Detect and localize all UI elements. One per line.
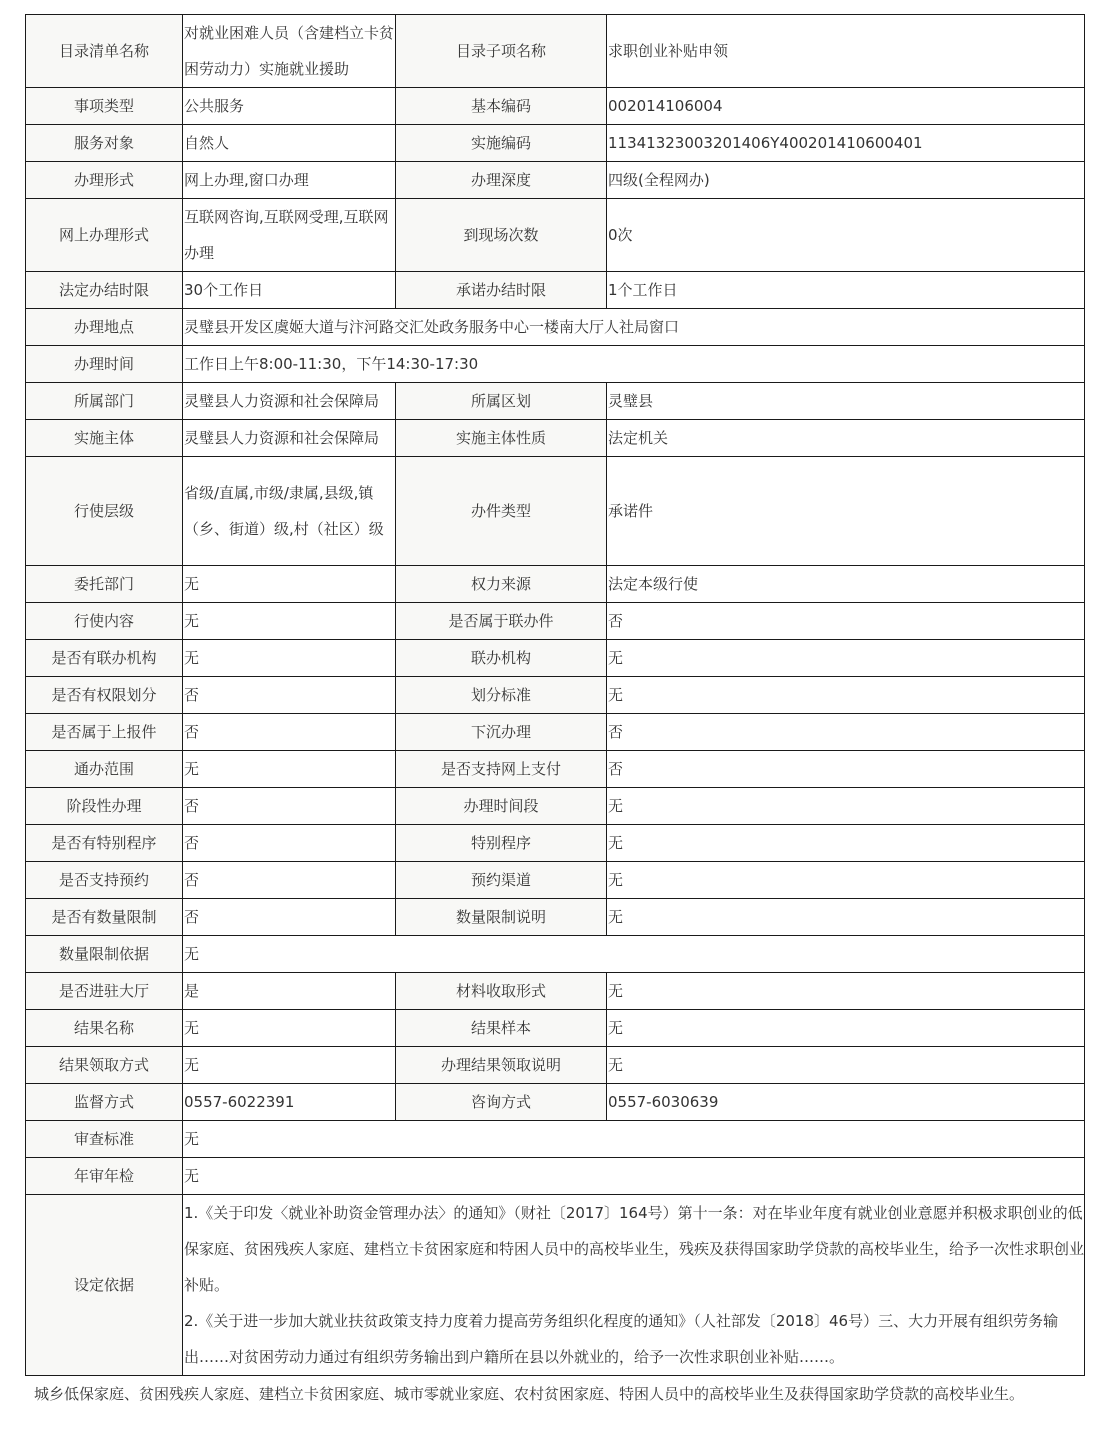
table-row: 委托部门 无 权力来源 法定本级行使 [26, 566, 1085, 603]
label-cell: 网上办理形式 [26, 199, 183, 272]
label-cell: 是否有特别程序 [26, 825, 183, 862]
table-row: 是否进驻大厅 是 材料收取形式 无 [26, 973, 1085, 1010]
value-cell: 无 [183, 751, 396, 788]
table-row: 是否有特别程序 否 特别程序 无 [26, 825, 1085, 862]
label-cell: 是否进驻大厅 [26, 973, 183, 1010]
basis-text: 1.《关于印发〈就业补助资金管理办法〉的通知》（财社〔2017〕164号）第十一… [183, 1195, 1085, 1376]
table-row: 实施主体 灵璧县人力资源和社会保障局 实施主体性质 法定机关 [26, 420, 1085, 457]
value-cell: 是 [183, 973, 396, 1010]
label-cell: 办理地点 [26, 309, 183, 346]
table-row: 阶段性办理 否 办理时间段 无 [26, 788, 1085, 825]
table-row: 法定办结时限 30个工作日 承诺办结时限 1个工作日 [26, 272, 1085, 309]
label-cell: 办理形式 [26, 162, 183, 199]
label-cell: 办件类型 [396, 457, 607, 566]
value-cell: 否 [183, 788, 396, 825]
value-cell: 1个工作日 [607, 272, 1085, 309]
label-cell: 数量限制依据 [26, 936, 183, 973]
value-cell: 省级/直属,市级/隶属,县级,镇（乡、街道）级,村（社区）级 [183, 457, 396, 566]
value-cell: 无 [183, 566, 396, 603]
table-row: 办理时间 工作日上午8:00-11:30，下午14:30-17:30 [26, 346, 1085, 383]
table-row: 是否属于上报件 否 下沉办理 否 [26, 714, 1085, 751]
value-cell: 灵璧县人力资源和社会保障局 [183, 383, 396, 420]
table-row: 行使层级 省级/直属,市级/隶属,县级,镇（乡、街道）级,村（社区）级 办件类型… [26, 457, 1085, 566]
label-cell: 委托部门 [26, 566, 183, 603]
label-cell: 目录清单名称 [26, 15, 183, 88]
value-cell: 工作日上午8:00-11:30，下午14:30-17:30 [183, 346, 1085, 383]
label-cell: 是否支持预约 [26, 862, 183, 899]
value-cell: 否 [607, 603, 1085, 640]
label-cell: 事项类型 [26, 88, 183, 125]
value-cell: 002014106004 [607, 88, 1085, 125]
service-item-table: 目录清单名称 对就业困难人员（含建档立卡贫困劳动力）实施就业援助 目录子项名称 … [25, 14, 1085, 1376]
table-row: 数量限制依据 无 [26, 936, 1085, 973]
table-row: 办理形式 网上办理,窗口办理 办理深度 四级(全程网办) [26, 162, 1085, 199]
table-row: 是否支持预约 否 预约渠道 无 [26, 862, 1085, 899]
value-cell: 无 [183, 936, 1085, 973]
label-cell: 办理时间 [26, 346, 183, 383]
table-row: 是否有联办机构 无 联办机构 无 [26, 640, 1085, 677]
label-cell: 联办机构 [396, 640, 607, 677]
label-cell: 是否属于上报件 [26, 714, 183, 751]
label-cell: 结果样本 [396, 1010, 607, 1047]
label-cell: 到现场次数 [396, 199, 607, 272]
value-cell: 无 [607, 677, 1085, 714]
value-cell: 无 [607, 1010, 1085, 1047]
value-cell: 无 [607, 640, 1085, 677]
value-cell: 承诺件 [607, 457, 1085, 566]
value-cell: 法定本级行使 [607, 566, 1085, 603]
table-row: 通办范围 无 是否支持网上支付 否 [26, 751, 1085, 788]
label-cell: 是否属于联办件 [396, 603, 607, 640]
table-row: 事项类型 公共服务 基本编码 002014106004 [26, 88, 1085, 125]
label-cell: 实施编码 [396, 125, 607, 162]
label-cell: 办理深度 [396, 162, 607, 199]
value-cell: 无 [183, 1010, 396, 1047]
basis-paragraph-1: 1.《关于印发〈就业补助资金管理办法〉的通知》（财社〔2017〕164号）第十一… [184, 1195, 1084, 1303]
value-cell: 无 [183, 603, 396, 640]
value-cell: 0557-6022391 [183, 1084, 396, 1121]
label-cell: 年审年检 [26, 1158, 183, 1195]
label-cell: 所属部门 [26, 383, 183, 420]
value-cell: 公共服务 [183, 88, 396, 125]
label-cell: 法定办结时限 [26, 272, 183, 309]
label-cell: 办理结果领取说明 [396, 1047, 607, 1084]
value-cell: 无 [183, 1121, 1085, 1158]
value-cell: 否 [183, 677, 396, 714]
value-cell: 无 [183, 640, 396, 677]
label-cell: 实施主体 [26, 420, 183, 457]
value-cell: 无 [607, 825, 1085, 862]
label-cell: 审查标准 [26, 1121, 183, 1158]
table-row: 网上办理形式 互联网咨询,互联网受理,互联网办理 到现场次数 0次 [26, 199, 1085, 272]
value-cell: 0557-6030639 [607, 1084, 1085, 1121]
label-cell: 特别程序 [396, 825, 607, 862]
label-cell: 是否支持网上支付 [396, 751, 607, 788]
value-cell: 否 [607, 714, 1085, 751]
label-cell: 是否有权限划分 [26, 677, 183, 714]
value-cell: 无 [607, 862, 1085, 899]
value-cell: 否 [183, 862, 396, 899]
value-cell: 0次 [607, 199, 1085, 272]
value-cell: 灵璧县开发区虞姬大道与汴河路交汇处政务服务中心一楼南大厅人社局窗口 [183, 309, 1085, 346]
value-cell: 灵璧县 [607, 383, 1085, 420]
value-cell: 灵璧县人力资源和社会保障局 [183, 420, 396, 457]
label-cell: 承诺办结时限 [396, 272, 607, 309]
table-row: 行使内容 无 是否属于联办件 否 [26, 603, 1085, 640]
value-cell: 求职创业补贴申领 [607, 15, 1085, 88]
label-cell: 阶段性办理 [26, 788, 183, 825]
value-cell: 自然人 [183, 125, 396, 162]
value-cell: 否 [183, 899, 396, 936]
label-cell: 目录子项名称 [396, 15, 607, 88]
value-cell: 否 [183, 714, 396, 751]
label-cell: 所属区划 [396, 383, 607, 420]
label-cell: 监督方式 [26, 1084, 183, 1121]
value-cell: 无 [607, 788, 1085, 825]
table-row: 办理地点 灵璧县开发区虞姬大道与汴河路交汇处政务服务中心一楼南大厅人社局窗口 [26, 309, 1085, 346]
table-row: 是否有权限划分 否 划分标准 无 [26, 677, 1085, 714]
label-cell: 行使层级 [26, 457, 183, 566]
label-cell: 办理时间段 [396, 788, 607, 825]
label-cell: 下沉办理 [396, 714, 607, 751]
table-row: 是否有数量限制 否 数量限制说明 无 [26, 899, 1085, 936]
label-cell: 划分标准 [396, 677, 607, 714]
label-cell: 权力来源 [396, 566, 607, 603]
label-cell: 通办范围 [26, 751, 183, 788]
label-cell: 服务对象 [26, 125, 183, 162]
label-cell: 基本编码 [396, 88, 607, 125]
label-cell: 材料收取形式 [396, 973, 607, 1010]
label-cell: 是否有数量限制 [26, 899, 183, 936]
table-row: 审查标准 无 [26, 1121, 1085, 1158]
value-cell: 11341323003201406Y400201410600401 [607, 125, 1085, 162]
value-cell: 法定机关 [607, 420, 1085, 457]
table-row: 目录清单名称 对就业困难人员（含建档立卡贫困劳动力）实施就业援助 目录子项名称 … [26, 15, 1085, 88]
table-row: 所属部门 灵璧县人力资源和社会保障局 所属区划 灵璧县 [26, 383, 1085, 420]
table-row: 年审年检 无 [26, 1158, 1085, 1195]
label-cell: 结果名称 [26, 1010, 183, 1047]
value-cell: 无 [607, 899, 1085, 936]
value-cell: 30个工作日 [183, 272, 396, 309]
label-cell: 数量限制说明 [396, 899, 607, 936]
value-cell: 否 [607, 751, 1085, 788]
value-cell: 对就业困难人员（含建档立卡贫困劳动力）实施就业援助 [183, 15, 396, 88]
label-cell: 结果领取方式 [26, 1047, 183, 1084]
table-row: 服务对象 自然人 实施编码 11341323003201406Y40020141… [26, 125, 1085, 162]
value-cell: 网上办理,窗口办理 [183, 162, 396, 199]
footnote-text: 城乡低保家庭、贫困残疾人家庭、建档立卡贫困家庭、城市零就业家庭、农村贫困家庭、特… [34, 1383, 1104, 1405]
value-cell: 无 [183, 1047, 396, 1084]
label-cell: 是否有联办机构 [26, 640, 183, 677]
label-cell: 预约渠道 [396, 862, 607, 899]
basis-label: 设定依据 [26, 1195, 183, 1376]
value-cell: 无 [607, 973, 1085, 1010]
label-cell: 实施主体性质 [396, 420, 607, 457]
label-cell: 行使内容 [26, 603, 183, 640]
value-cell: 互联网咨询,互联网受理,互联网办理 [183, 199, 396, 272]
table-row: 结果名称 无 结果样本 无 [26, 1010, 1085, 1047]
value-cell: 无 [607, 1047, 1085, 1084]
value-cell: 否 [183, 825, 396, 862]
value-cell: 无 [183, 1158, 1085, 1195]
value-cell: 四级(全程网办) [607, 162, 1085, 199]
table-row-basis: 设定依据 1.《关于印发〈就业补助资金管理办法〉的通知》（财社〔2017〕164… [26, 1195, 1085, 1376]
table-row: 监督方式 0557-6022391 咨询方式 0557-6030639 [26, 1084, 1085, 1121]
table-row: 结果领取方式 无 办理结果领取说明 无 [26, 1047, 1085, 1084]
label-cell: 咨询方式 [396, 1084, 607, 1121]
basis-paragraph-2: 2.《关于进一步加大就业扶贫政策支持力度着力提高劳务组织化程度的通知》（人社部发… [184, 1303, 1084, 1375]
